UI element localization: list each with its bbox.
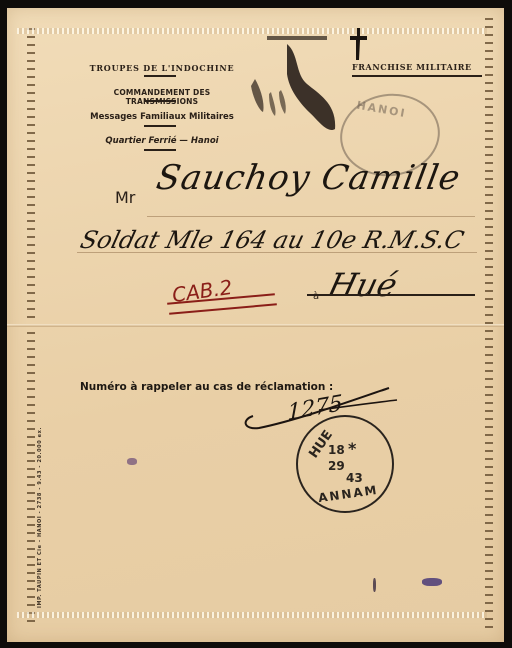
franchise-militaire-label: FRANCHISE MILITAIRE	[352, 62, 482, 72]
separator	[144, 125, 176, 127]
recipient-unit: Soldat Mle 164 au 10e R.M.S.C	[78, 226, 467, 254]
purple-stain	[127, 458, 137, 465]
address-line-3	[307, 294, 475, 296]
salutation: Mr	[115, 188, 135, 207]
separator	[144, 75, 176, 77]
header-line-3: Messages Familiaux Militaires	[77, 112, 247, 122]
postmark-year: 43	[346, 471, 363, 485]
address-line-1	[147, 216, 475, 217]
printer-imprint: IMP. TAUPIN ET Cie - HANOI - 2738 - 9.43…	[37, 427, 43, 608]
postmark-symbol: *	[348, 439, 356, 458]
cross-mark-icon	[347, 26, 371, 62]
header-line-1: TROUPES DE L'INDOCHINE	[77, 63, 247, 73]
postmark-region: ANNAM	[317, 483, 379, 505]
franchise-underline	[352, 75, 482, 77]
ink-dot	[373, 578, 376, 592]
purple-stain	[422, 578, 442, 586]
perforation-right	[485, 18, 493, 628]
separator	[144, 100, 176, 102]
perforation-left	[27, 28, 35, 628]
lettercard: TROUPES DE L'INDOCHINE COMMANDEMENT DES …	[7, 8, 504, 642]
separator	[144, 149, 176, 151]
header-line-2: COMMANDEMENT DES TRANSMISSIONS	[77, 88, 247, 106]
recipient-city: Hué	[324, 266, 401, 304]
header-line-4: Quartier Ferrié — Hanoi	[77, 136, 247, 146]
fold-line	[7, 324, 504, 327]
postmark-top-text: HANOI	[356, 99, 408, 121]
perforation-bottom	[17, 612, 487, 618]
city-prefix: à	[313, 291, 319, 302]
postmark-bottom: HUE 18 * 29 43 ANNAM	[296, 415, 394, 513]
ink-smudge	[247, 34, 347, 144]
postmark-day: 29	[328, 459, 345, 473]
recipient-name: Sauchoy Camille	[153, 158, 463, 198]
postmark-time: 18	[328, 443, 345, 457]
address-line-2	[77, 252, 477, 253]
